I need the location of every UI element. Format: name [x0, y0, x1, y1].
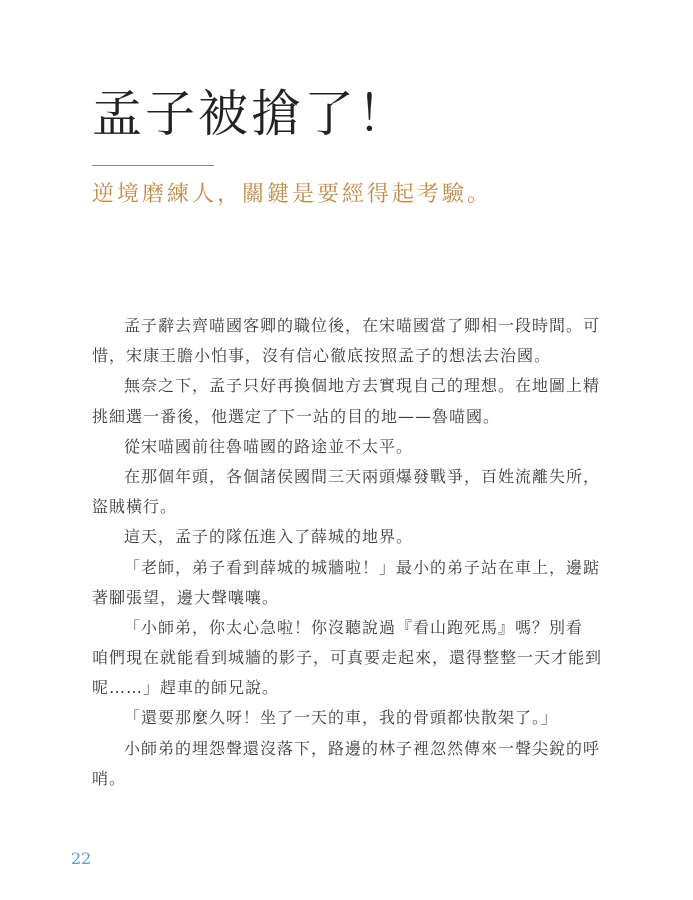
text-line: 在那個年頭，各個諸侯國間三天兩頭爆發戰爭，百姓流離失所， — [92, 462, 612, 492]
body-text: 孟子辭去齊喵國客卿的職位後，在宋喵國當了卿相一段時間。可 惜，宋康王膽小怕事，沒… — [92, 311, 612, 794]
text-line: 「老師，弟子看到薛城的城牆啦！」最小的弟子站在車上，邊踮 — [92, 553, 612, 583]
title-divider — [92, 165, 214, 166]
text-line: 小師弟的埋怨聲還沒落下，路邊的林子裡忽然傳來一聲尖銳的呼 — [92, 734, 612, 764]
text-line: 盜賊橫行。 — [92, 492, 612, 522]
text-line: 「小師弟，你太心急啦！你沒聽說過『看山跑死馬』嗎？別看 — [92, 613, 612, 643]
text-line: 咱們現在就能看到城牆的影子，可真要走起來，還得整整一天才能到 — [92, 643, 612, 673]
text-line: 這天，孟子的隊伍進入了薛城的地界。 — [92, 522, 612, 552]
text-line: 惜，宋康王膽小怕事，沒有信心徹底按照孟子的想法去治國。 — [92, 341, 612, 371]
chapter-subtitle: 逆境磨練人，關鍵是要經得起考驗。 — [92, 180, 492, 210]
book-page: 孟子被搶了！ 逆境磨練人，關鍵是要經得起考驗。 孟子辭去齊喵國客卿的職位後，在宋… — [0, 0, 693, 900]
text-line: 孟子辭去齊喵國客卿的職位後，在宋喵國當了卿相一段時間。可 — [92, 311, 612, 341]
page-number: 22 — [71, 849, 91, 868]
text-line: 呢……」趕車的師兄說。 — [92, 673, 612, 703]
text-line: 挑細選一番後，他選定了下一站的目的地——魯喵國。 — [92, 402, 612, 432]
text-line: 「還要那麼久呀！坐了一天的車，我的骨頭都快散架了。」 — [92, 703, 612, 733]
text-line: 無奈之下，孟子只好再換個地方去實現自己的理想。在地圖上精 — [92, 371, 612, 401]
text-line: 哨。 — [92, 764, 612, 794]
chapter-title: 孟子被搶了！ — [92, 84, 410, 144]
text-line: 從宋喵國前往魯喵國的路途並不太平。 — [92, 432, 612, 462]
text-line: 著腳張望，邊大聲嚷嚷。 — [92, 583, 612, 613]
